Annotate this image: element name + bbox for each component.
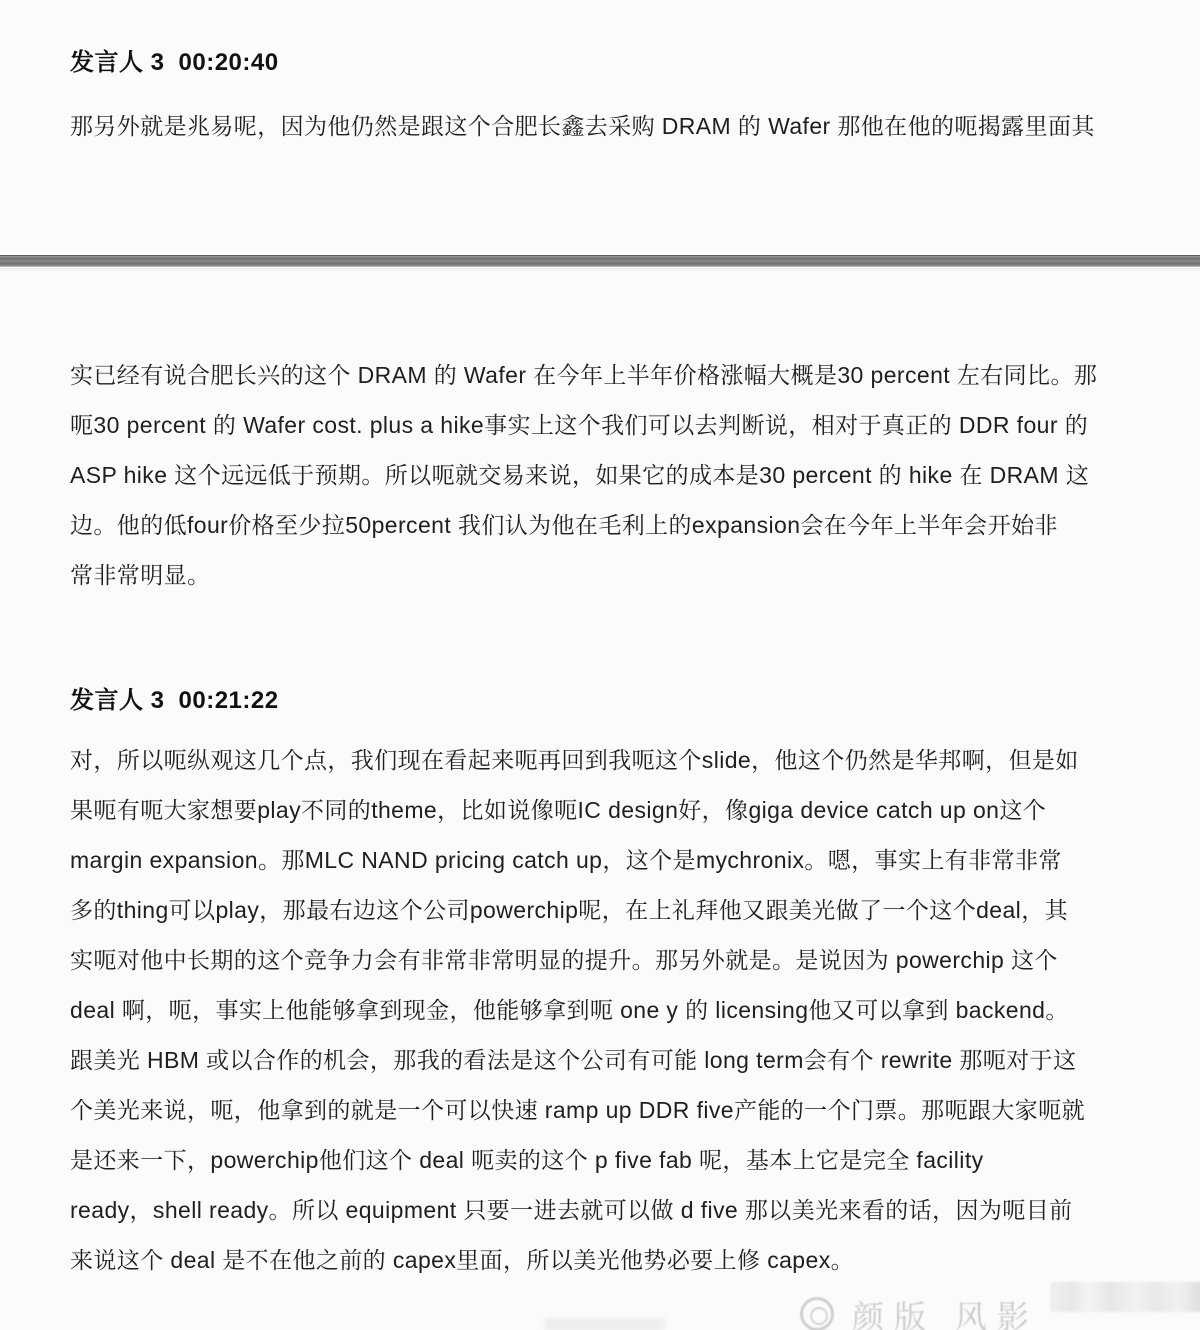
speaker-timestamp: 00:20:40 — [179, 49, 279, 76]
text-line: 个美光来说，呃，他拿到的就是一个可以快速 ramp up DDR five产能的… — [70, 1085, 1140, 1135]
transcript-page: 发言人 300:20:40 那另外就是兆易呢，因为他仍然是跟这个合肥长鑫去采购 … — [0, 0, 1200, 1330]
paragraph-2: 实已经有说合肥长兴的这个 DRAM 的 Wafer 在今年上半年价格涨幅大概是3… — [70, 350, 1140, 600]
text-line: 常非常明显。 — [70, 550, 1140, 600]
text-line: 来说这个 deal 是不在他之前的 capex里面，所以美光他势必要上修 cap… — [70, 1235, 1140, 1285]
text-line: margin expansion。那MLC NAND pricing catch… — [70, 835, 1140, 885]
speaker-header-1: 发言人 300:20:40 — [70, 42, 279, 77]
text-line: 实呃对他中长期的这个竞争力会有非常非常明显的提升。那另外就是。是说因为 powe… — [70, 935, 1140, 985]
text-line: 边。他的低four价格至少拉50percent 我们认为他在毛利上的expans… — [70, 500, 1140, 550]
watermark-smudge-small — [545, 1318, 665, 1330]
watermark-logo-icon — [800, 1297, 834, 1330]
text-line: 实已经有说合肥长兴的这个 DRAM 的 Wafer 在今年上半年价格涨幅大概是3… — [70, 350, 1140, 400]
speaker-header-2: 发言人 300:21:22 — [70, 680, 279, 715]
text-line: deal 啊，呃，事实上他能够拿到现金，他能够拿到呃 one y 的 licen… — [70, 985, 1140, 1035]
watermark-smudge — [1050, 1282, 1200, 1312]
speaker-name: 发言人 3 — [70, 687, 165, 714]
section-divider-bar — [0, 255, 1200, 267]
text-line: 呃30 percent 的 Wafer cost. plus a hike事实上… — [70, 400, 1140, 450]
paragraph-1: 那另外就是兆易呢，因为他仍然是跟这个合肥长鑫去采购 DRAM 的 Wafer 那… — [70, 101, 1140, 151]
text-line: 果呃有呃大家想要play不同的theme，比如说像呃IC design好，像gi… — [70, 785, 1140, 835]
text-line: ready，shell ready。所以 equipment 只要一进去就可以做… — [70, 1185, 1140, 1235]
paragraph-3: 对，所以呃纵观这几个点，我们现在看起来呃再回到我呃这个slide，他这个仍然是华… — [70, 735, 1140, 1285]
watermark: 颜版 风影 — [800, 1297, 1039, 1330]
text-line: 是还来一下，powerchip他们这个 deal 呃卖的这个 p five fa… — [70, 1135, 1140, 1185]
section-divider-shadow — [0, 268, 1200, 272]
text-line: ASP hike 这个远远低于预期。所以呃就交易来说，如果它的成本是30 per… — [70, 450, 1140, 500]
speaker-name: 发言人 3 — [70, 49, 165, 76]
text-line: 多的thing可以play，那最右边这个公司powerchip呢，在上礼拜他又跟… — [70, 885, 1140, 935]
text-line: 那另外就是兆易呢，因为他仍然是跟这个合肥长鑫去采购 DRAM 的 Wafer 那… — [70, 101, 1140, 151]
text-line: 跟美光 HBM 或以合作的机会，那我的看法是这个公司有可能 long term会… — [70, 1035, 1140, 1085]
watermark-text: 颜版 风影 — [852, 1297, 1039, 1330]
speaker-timestamp: 00:21:22 — [179, 687, 279, 714]
text-line: 对，所以呃纵观这几个点，我们现在看起来呃再回到我呃这个slide，他这个仍然是华… — [70, 735, 1140, 785]
